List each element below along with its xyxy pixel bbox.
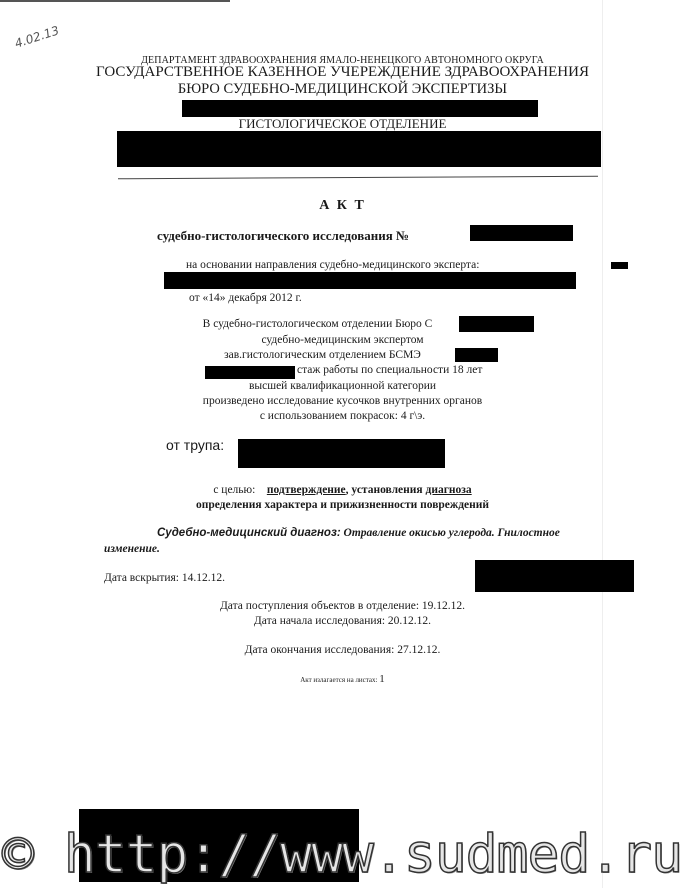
redaction-small-mark [611, 262, 628, 269]
start-date: Дата начала исследования: 20.12.12. [0, 615, 685, 627]
sheets-count: 1 [379, 673, 385, 685]
autopsy-date: Дата вскрытия: 14.12.12. [104, 572, 225, 584]
document-subtitle: судебно-гистологического исследования № [157, 228, 409, 244]
paragraph-line-2: судебно-медицинским экспертом [0, 334, 685, 346]
scan-edge-line [0, 0, 230, 2]
redaction-expert-surname [205, 366, 295, 379]
paragraph-line-7: с использованием покрасок: 4 г\э. [0, 410, 685, 422]
purpose-diagnosis: диагноза [426, 484, 472, 496]
scan-edge-right [602, 0, 603, 888]
diagnosis-continuation: изменение. [104, 543, 160, 555]
redaction-head-name [455, 348, 498, 362]
diagnosis-label: Судебно-медицинский диагноз: [157, 527, 341, 539]
paragraph-line-4: стаж работы по специальности 18 лет [297, 364, 482, 376]
redaction-bureau [459, 316, 534, 332]
sheets-line: Акт излагается на листах: 1 [0, 673, 685, 685]
redaction-contacts [117, 131, 601, 167]
diagnosis-line: Судебно-медицинский диагноз: Отравление … [157, 527, 560, 539]
purpose-line-1: с целью: подтверждение, установления диа… [0, 484, 685, 496]
header-divider [118, 176, 598, 180]
end-date: Дата окончания исследования: 27.12.12. [0, 644, 685, 656]
diagnosis-value: Отравление окисью углерода. Гнилостное [341, 527, 560, 539]
purpose-prefix: с целью: [213, 484, 255, 496]
section-heading: ГИСТОЛОГИЧЕСКОЕ ОТДЕЛЕНИЕ [0, 116, 685, 132]
receipt-date: Дата поступления объектов в отделение: 1… [0, 600, 685, 612]
watermark: © http://www.sudmed.ru [2, 824, 682, 885]
purpose-mid: , установления [346, 484, 426, 496]
paragraph-line-5: высшей квалификационной категории [0, 380, 685, 392]
purpose-confirm: подтверждение [267, 484, 346, 496]
basis-line: на основании направления судебно-медицин… [186, 259, 479, 271]
document-title: А К Т [0, 198, 685, 214]
redaction-expert-name [164, 272, 576, 289]
document-date: от «14» декабря 2012 г. [189, 292, 302, 304]
handwritten-note: 4.02.13 [13, 23, 61, 50]
purpose-line-2: определения характера и прижизненности п… [0, 499, 685, 511]
paragraph-line-3: зав.гистологическим отделением БСМЭ [0, 349, 665, 361]
paragraph-line-1: В судебно-гистологическом отделении Бюро… [0, 318, 660, 330]
redaction-deceased-name [238, 439, 445, 468]
paragraph-line-6: произведено исследование кусочков внутре… [0, 395, 685, 407]
redaction-address [182, 100, 538, 117]
redaction-act-number [470, 225, 573, 241]
sheets-label: Акт излагается на листах: [300, 676, 377, 684]
from-corpse-label: от трупа: [166, 437, 224, 453]
redaction-signature [475, 560, 634, 592]
organization-line-2: БЮРО СУДЕБНО-МЕДИЦИНСКОЙ ЭКСПЕРТИЗЫ [0, 81, 685, 98]
organization-line-1: ГОСУДАРСТВЕННОЕ КАЗЕННОЕ УЧЕРЕЖДЕНИЕ ЗДР… [0, 64, 685, 81]
